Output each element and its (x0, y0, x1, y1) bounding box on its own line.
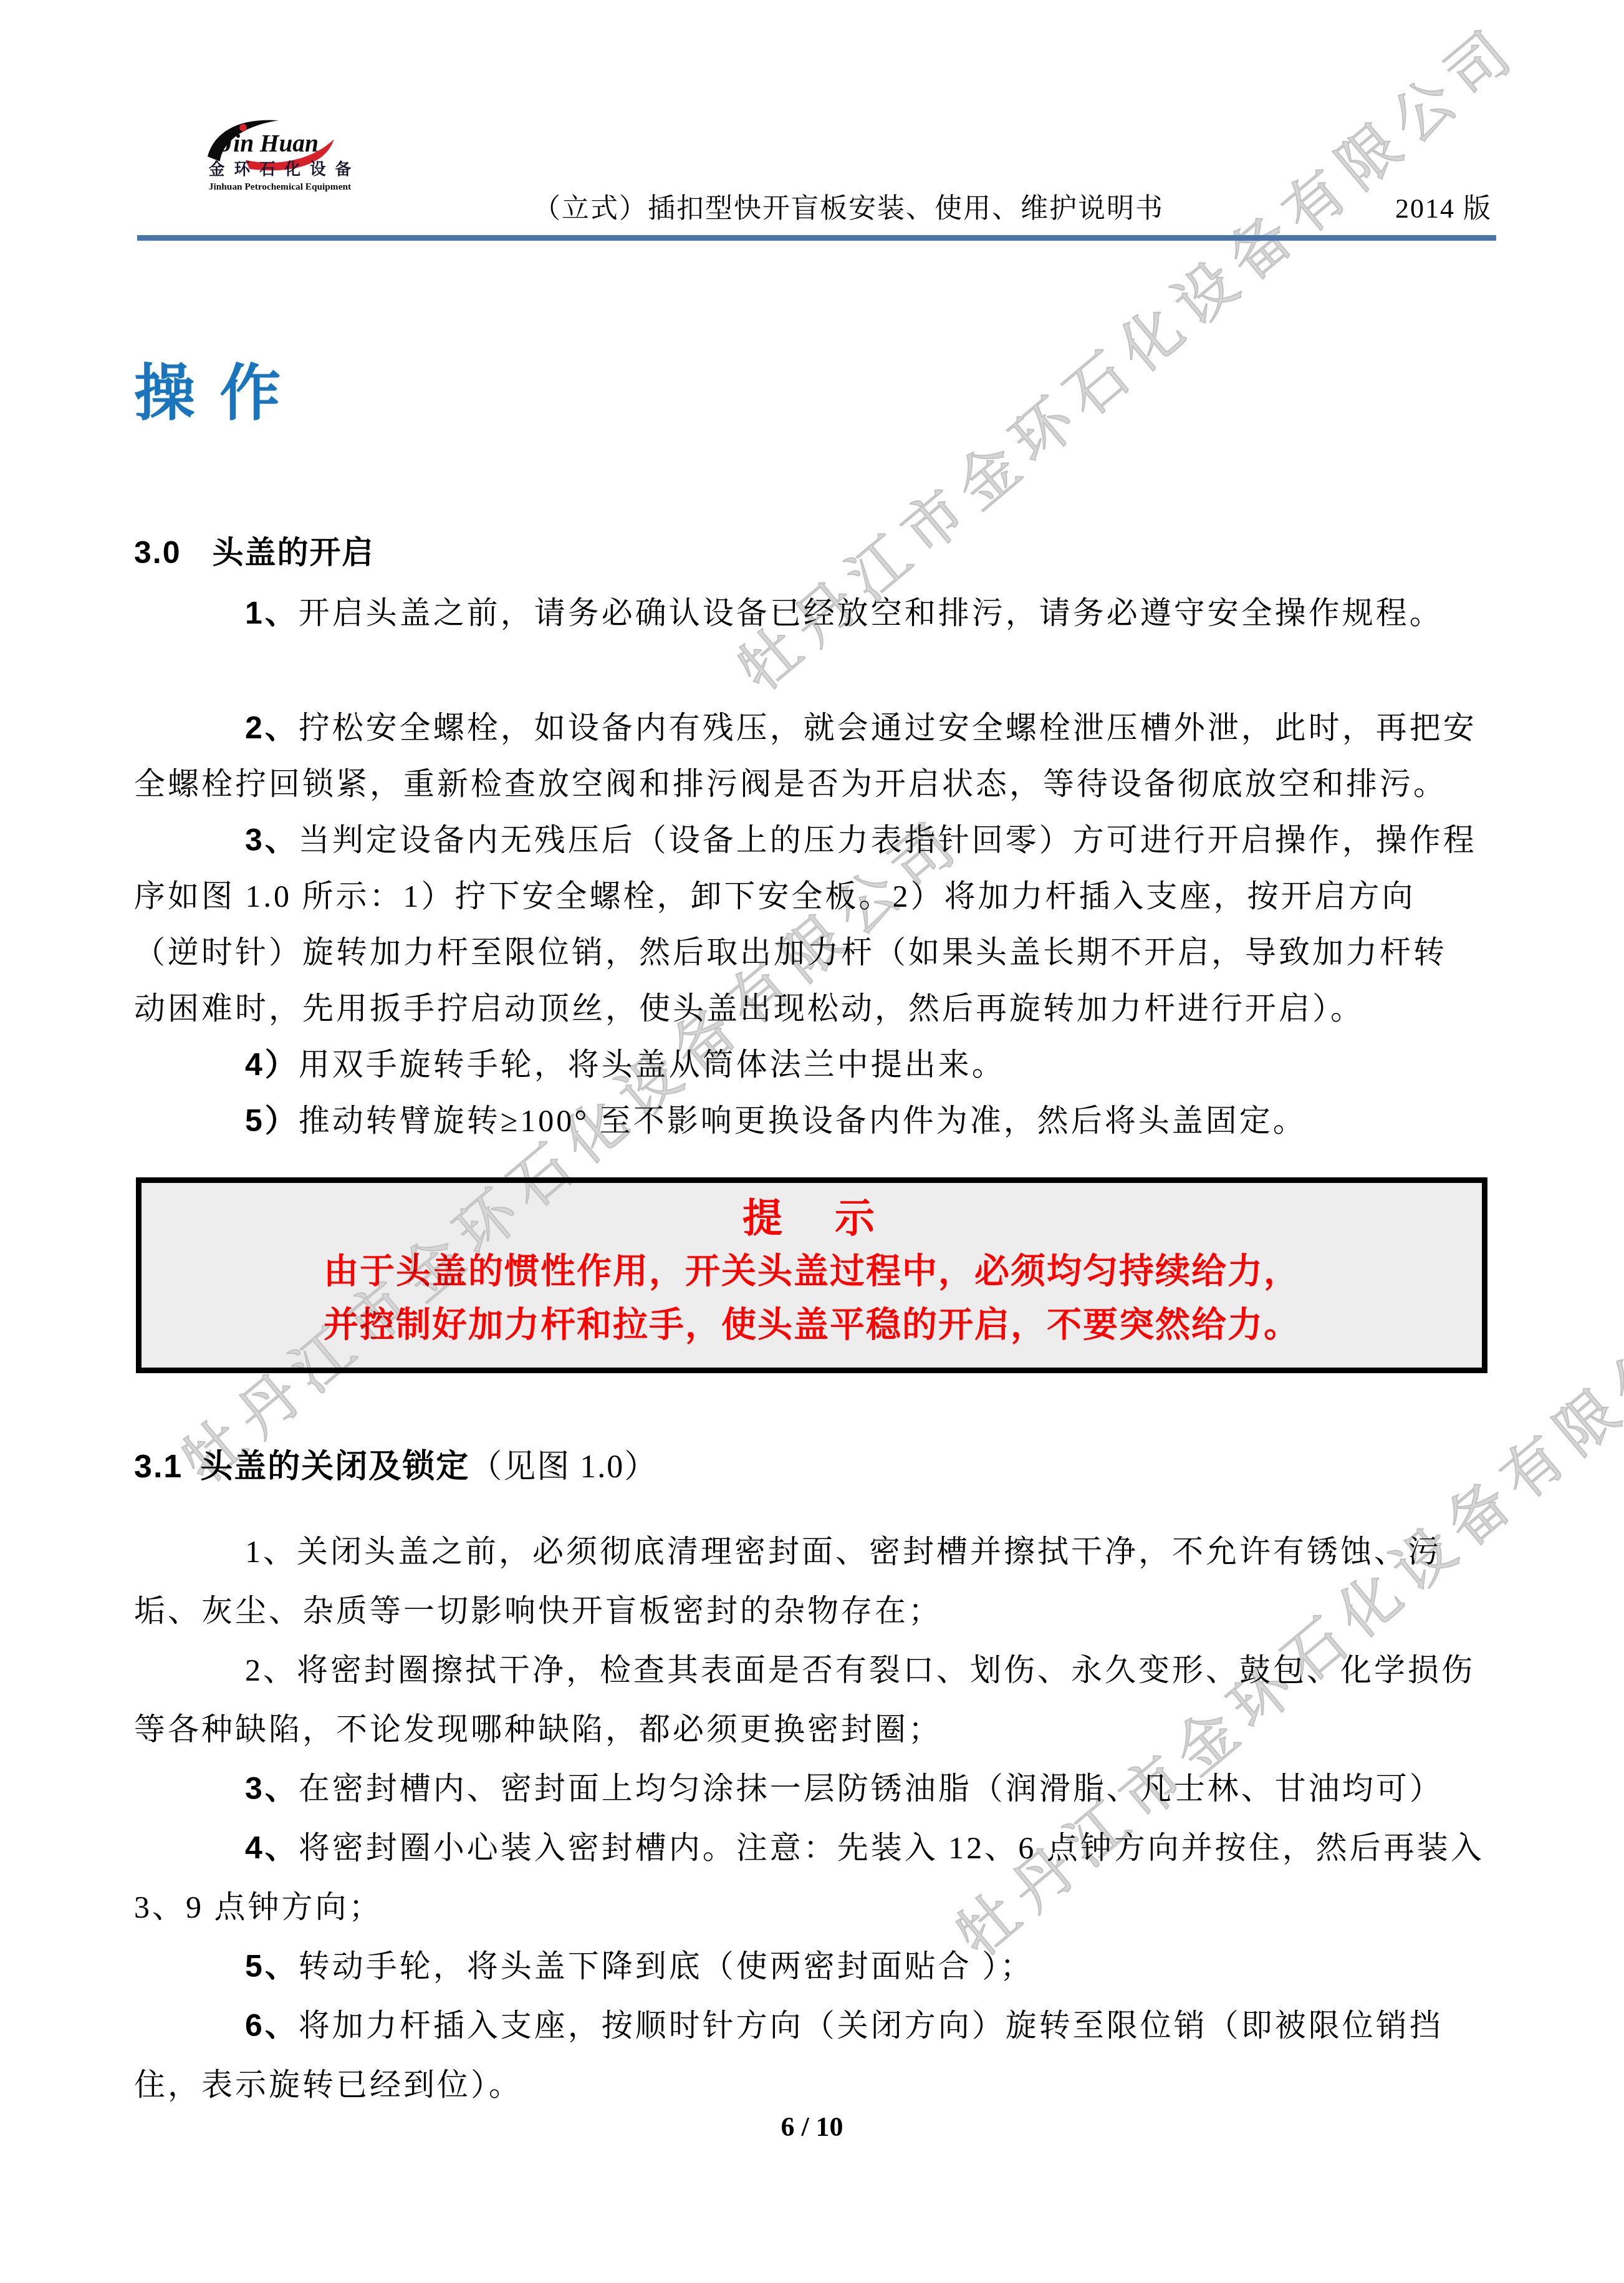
notice-title: 提 示 (142, 1192, 1482, 1244)
text-line: 2、将密封圈擦拭干净，检查其表面是否有裂口、划伤、永久变形、鼓包、化学损伤 (134, 1641, 1492, 1700)
logo-en-name: Jinhuan Petrochemical Equipment (209, 182, 351, 192)
list-item-number: 3、 (245, 823, 299, 857)
list-item-text: 全螺栓拧回锁紧，重新检查放空阀和排污阀是否为开启状态，等待设备彻底放空和排污。 (134, 766, 1447, 801)
list-item-number: 2、 (245, 710, 299, 745)
section-3-1-paragraphs: 1、关闭头盖之前，必须彻底清理密封面、密封槽并擦拭干净，不允许有锈蚀、污垢、灰尘… (134, 1522, 1492, 2115)
list-item-text: 推动转臂旋转≥100° 至不影响更换设备内件为准，然后将头盖固定。 (299, 1103, 1307, 1138)
text-line: 动困难时，先用扳手拧启动顶丝，使头盖出现松动，然后再旋转加力杆进行开启）。 (134, 980, 1492, 1036)
text-line: 3、在密封槽内、密封面上均匀涂抹一层防锈油脂（润滑脂、凡士林、甘油均可） (134, 1759, 1492, 1818)
list-item-text: 3、9 点钟方向； (134, 1890, 383, 1924)
text-line: 3、9 点钟方向； (134, 1878, 1492, 1937)
text-line: 1、开启头盖之前，请务必确认设备已经放空和排污，请务必遵守安全操作规程。 (134, 585, 1492, 641)
text-line: 5、转动手轮，将头盖下降到底（使两密封面贴合 ）； (134, 1937, 1492, 1996)
text-line: 4）用双手旋转手轮，将头盖从筒体法兰中提出来。 (134, 1036, 1492, 1093)
list-item-text: 由于头盖的惯性作用，开关头盖过程中，必须均匀持续给力， (324, 1251, 1300, 1290)
text-line: 1、关闭头盖之前，必须彻底清理密封面、密封槽并擦拭干净，不允许有锈蚀、污 (134, 1522, 1492, 1581)
notice-box: 提 示 由于头盖的惯性作用，开关头盖过程中，必须均匀持续给力，并控制好加力杆和拉… (136, 1177, 1487, 1373)
company-logo: Jin Huan 金 环 石 化 设 备 Jinhuan Petrochemic… (206, 117, 354, 193)
header-edition: 2014 版 (1395, 186, 1492, 226)
logo-script-text: Jin Huan (221, 130, 319, 157)
text-line: 垢、灰尘、杂质等一切影响快开盲板密封的杂物存在； (134, 1581, 1492, 1641)
section-3-1-title: 头盖的关闭及锁定 (200, 1449, 469, 1485)
text-line: 3、当判定设备内无残压后（设备上的压力表指针回零）方可进行开启操作，操作程 (134, 812, 1492, 868)
text-line: 全螺栓拧回锁紧，重新检查放空阀和排污阀是否为开启状态，等待设备彻底放空和排污。 (134, 756, 1492, 812)
header-divider (137, 235, 1496, 241)
section-3-0-title: 头盖的开启 (213, 535, 375, 570)
document-page: Jin Huan 金 环 石 化 设 备 Jinhuan Petrochemic… (0, 0, 1624, 2283)
list-item-text: 将密封圈擦拭干净，检查其表面是否有裂口、划伤、永久变形、鼓包、化学损伤 (297, 1653, 1475, 1687)
list-item-number: 6、 (245, 2008, 299, 2043)
list-item-text: 用双手旋转手轮，将头盖从筒体法兰中提出来。 (299, 1047, 1006, 1082)
list-item-number: 5） (245, 1103, 299, 1138)
section-3-0-heading: 3.0头盖的开启 (134, 530, 1492, 575)
text-line: 序如图 1.0 所示：1）拧下安全螺栓，卸下安全板。2）将加力杆插入支座，按开启… (134, 868, 1492, 924)
list-item-text: 序如图 1.0 所示：1）拧下安全螺栓，卸下安全板。2）将加力杆插入支座，按开启… (134, 879, 1416, 914)
section-3-1-number: 3.1 (134, 1449, 183, 1485)
list-item-text: 关闭头盖之前，必须彻底清理密封面、密封槽并擦拭干净，不允许有锈蚀、污 (297, 1534, 1441, 1569)
page-content: 操 作 3.0头盖的开启 1、开启头盖之前，请务必确认设备已经放空和排污，请务必… (134, 349, 1492, 2115)
list-item-text: 等各种缺陷，不论发现哪种缺陷，都必须更换密封圈； (134, 1712, 942, 1747)
list-item-number: 5、 (245, 1949, 299, 1984)
list-item-text: 拧松安全螺栓，如设备内有残压，就会通过安全螺栓泄压槽外泄，此时，再把安 (299, 710, 1477, 745)
list-item-text: 动困难时，先用扳手拧启动顶丝，使头盖出现松动，然后再旋转加力杆进行开启）。 (134, 991, 1364, 1026)
section-3-1-note: （见图 1.0） (469, 1449, 658, 1485)
logo-cn-name: 金 环 石 化 设 备 (209, 160, 352, 178)
text-line: 由于头盖的惯性作用，开关头盖过程中，必须均匀持续给力， (142, 1244, 1482, 1298)
text-line: 5）推动转臂旋转≥100° 至不影响更换设备内件为准，然后将头盖固定。 (134, 1093, 1492, 1149)
list-item-text: 转动手轮，将头盖下降到底（使两密封面贴合 ）； (299, 1949, 1034, 1984)
list-item-number: 3、 (245, 1771, 299, 1806)
header-doc-title: （立式）插扣型快开盲板安装、使用、维护说明书 (533, 186, 1164, 226)
list-item-text: 将加力杆插入支座，按顺时针方向（关闭方向）旋转至限位销（即被限位销挡 (299, 2008, 1443, 2043)
text-line: 等各种缺陷，不论发现哪种缺陷，都必须更换密封圈； (134, 1700, 1492, 1759)
text-line: （逆时针）旋转加力杆至限位销，然后取出加力杆（如果头盖长期不开启，导致加力杆转 (134, 924, 1492, 980)
page-number: 6 / 10 (0, 2111, 1624, 2143)
list-item-number: 1、 (245, 596, 299, 630)
list-item-number: 1、 (245, 1534, 297, 1569)
text-line: 并控制好加力杆和拉手，使头盖平稳的开启，不要突然给力。 (142, 1298, 1482, 1351)
list-item-text: 垢、灰尘、杂质等一切影响快开盲板密封的杂物存在； (134, 1593, 942, 1628)
section-3-0-paragraphs: 1、开启头盖之前，请务必确认设备已经放空和排污，请务必遵守安全操作规程。2、拧松… (134, 585, 1492, 1149)
page-header: （立式）插扣型快开盲板安装、使用、维护说明书 2014 版 (533, 186, 1492, 226)
text-line: 住，表示旋转已经到位）。 (134, 2055, 1492, 2115)
list-item-text: 在密封槽内、密封面上均匀涂抹一层防锈油脂（润滑脂、凡士林、甘油均可） (299, 1771, 1443, 1806)
list-item-number: 4） (245, 1047, 299, 1082)
chapter-title: 操 作 (134, 349, 1492, 437)
list-item-text: （逆时针）旋转加力杆至限位销，然后取出加力杆（如果头盖长期不开启，导致加力杆转 (134, 935, 1447, 970)
list-item-number: 2、 (245, 1653, 297, 1687)
notice-body: 由于头盖的惯性作用，开关头盖过程中，必须均匀持续给力，并控制好加力杆和拉手，使头… (142, 1244, 1482, 1351)
text-line: 2、拧松安全螺栓，如设备内有残压，就会通过安全螺栓泄压槽外泄，此时，再把安 (134, 700, 1492, 756)
list-item-text: 当判定设备内无残压后（设备上的压力表指针回零）方可进行开启操作，操作程 (299, 823, 1477, 857)
section-3-0-number: 3.0 (134, 535, 181, 570)
list-item-number: 4、 (245, 1830, 299, 1865)
list-item-text: 将密封圈小心装入密封槽内。注意：先装入 12、6 点钟方向并按住，然后再装入 (299, 1830, 1484, 1865)
section-3-1-heading: 3.1头盖的关闭及锁定（见图 1.0） (134, 1443, 1492, 1491)
text-line: 4、将密封圈小心装入密封槽内。注意：先装入 12、6 点钟方向并按住，然后再装入 (134, 1818, 1492, 1878)
list-item-text: 并控制好加力杆和拉手，使头盖平稳的开启，不要突然给力。 (324, 1305, 1300, 1344)
list-item-text: 住，表示旋转已经到位）。 (134, 2067, 522, 2102)
list-item-text: 开启头盖之前，请务必确认设备已经放空和排污，请务必遵守安全操作规程。 (299, 596, 1443, 630)
text-line: 6、将加力杆插入支座，按顺时针方向（关闭方向）旋转至限位销（即被限位销挡 (134, 1996, 1492, 2055)
